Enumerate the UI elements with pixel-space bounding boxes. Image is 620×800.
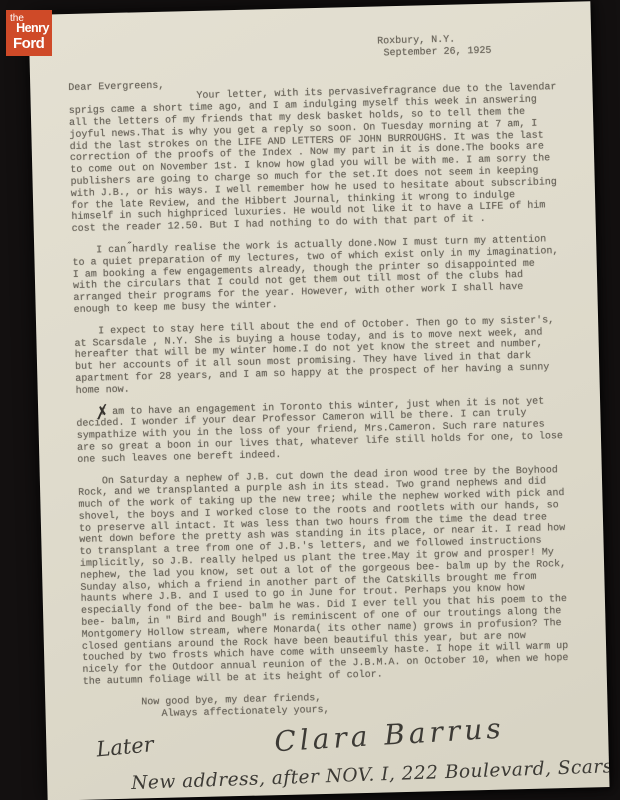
scan-paper: Roxbury, N.Y. September 26, 1925 Dear Ev… bbox=[28, 1, 609, 800]
letter-paragraphs: Your letter, with its pervasivefragrance… bbox=[68, 82, 574, 688]
handwritten-signature: Clara Barrus bbox=[273, 712, 505, 759]
logo-word-ford: Ford bbox=[13, 36, 44, 51]
letter-paragraph: On Saturday a nephew of J.B. cut down th… bbox=[78, 464, 575, 688]
letter-paragraph: I am to have an engagement in Toronto th… bbox=[76, 395, 569, 466]
letter-paragraph: I can hardly realise the work is actuall… bbox=[72, 234, 566, 317]
letter-paragraph: Your letter, with its pervasivefragrance… bbox=[68, 82, 563, 236]
logo-word-henry: Henry bbox=[16, 22, 49, 35]
viewer-background: { "logo": { "prefix": "the", "line1": "H… bbox=[0, 0, 620, 800]
henry-ford-logo: the Henry Ford bbox=[6, 10, 52, 56]
letter-paragraph: I expect to stay here till about the end… bbox=[74, 315, 568, 398]
handwritten-later-note: Later bbox=[95, 733, 154, 762]
letter-dateline: Roxbury, N.Y. September 26, 1925 bbox=[377, 32, 560, 60]
